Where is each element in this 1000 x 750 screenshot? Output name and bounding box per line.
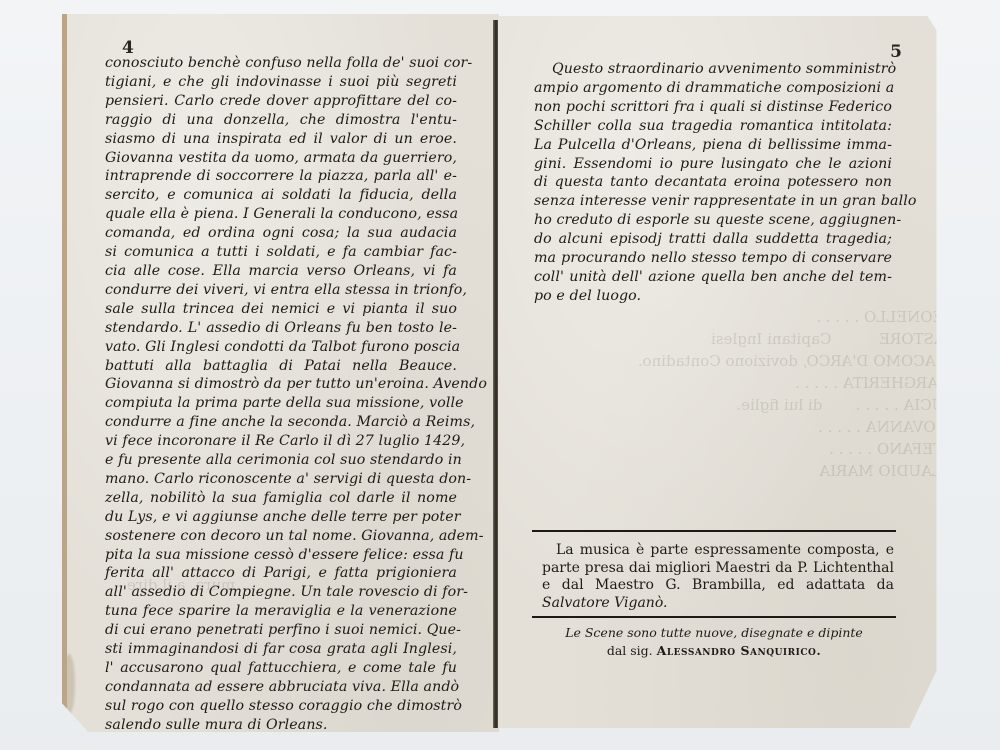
text-line: condannata ad essere abbruciata viva. El… — [105, 678, 457, 697]
text-line: siasmo di una inspirata ed il valor di u… — [105, 130, 457, 149]
left-page-body: conosciuto benchè confuso nella folla de… — [105, 54, 457, 732]
text-line: ma procurando nello stesso tempo di cons… — [534, 249, 892, 268]
page-number-right: 5 — [890, 42, 902, 62]
text-line: sercito, e comunica ai soldati la fiduci… — [105, 186, 457, 205]
text-line: di questa tanto decantata eroina potesse… — [534, 173, 892, 192]
booklet-photo: mura, a il dire 4 conosciuto benchè conf… — [0, 0, 1000, 750]
text-line: condurre dei viveri, vi entra ella stess… — [105, 281, 457, 300]
text-line: raggio di una donzella, che dimostra l'e… — [105, 111, 457, 130]
scene-credit-prefix: dal sig. — [607, 643, 653, 658]
text-line: conosciuto benchè confuso nella folla de… — [105, 54, 457, 73]
credit-line: parte presa dai migliori Maestri da P. L… — [542, 560, 894, 578]
edge-stain — [63, 654, 75, 714]
text-line: pensieri. Carlo crede dover approfittare… — [105, 92, 457, 111]
show-through-text: LEONELLO . . . . . PASTORE Capitani Ingl… — [638, 306, 950, 482]
text-line: stendardo. L' assedio di Orleans fu ben … — [105, 319, 457, 338]
text-line: La Pulcella d'Orleans, piena di bellissi… — [534, 136, 892, 155]
right-page-body: Questo straordinario avvenimento sommini… — [534, 60, 892, 306]
text-line: ampio argomento di drammatiche composizi… — [534, 79, 892, 98]
text-line: si comunica a tutti i soldati, e fa camb… — [105, 243, 457, 262]
text-line: vato. Gli Inglesi condotti da Talbot fur… — [105, 338, 457, 357]
text-line: du Lys, e vi aggiunse anche delle terre … — [105, 508, 457, 527]
left-page: mura, a il dire 4 conosciuto benchè conf… — [62, 14, 499, 732]
divider-rule-bottom — [532, 616, 896, 618]
divider-rule-top — [532, 530, 896, 532]
right-page: LEONELLO . . . . . PASTORE Capitani Ingl… — [498, 16, 950, 728]
text-line: vi fece incoronare il Re Carlo il dì 27 … — [105, 432, 457, 451]
text-line: e fu presente alla cerimonia col suo ste… — [105, 451, 457, 470]
text-line: Schiller colla sua tragedia romantica in… — [534, 117, 892, 136]
text-line: quale ella è piena. I Generali la conduc… — [105, 205, 457, 224]
text-line: l' accusarono qual fattucchiera, e come … — [105, 659, 457, 678]
text-line: cia alle cose. Ella marcia verso Orleans… — [105, 262, 457, 281]
text-line: intraprende di soccorrere la piazza, par… — [105, 167, 457, 186]
text-line: ho creduto di esporle su queste scene, a… — [534, 211, 892, 230]
text-line: sale sulla trincea dei nemici e vi piant… — [105, 300, 457, 319]
text-line: Giovanna si dimostrò da per tutto un'ero… — [105, 375, 457, 394]
text-line: Questo straordinario avvenimento sommini… — [534, 60, 892, 79]
text-line: all' assedio di Compiegne. Un tale roves… — [105, 583, 457, 602]
text-line: tigiani, e che gli indovinasse i suoi pi… — [105, 73, 457, 92]
credit-line: Salvatore Viganò. — [542, 595, 894, 613]
text-line: battuti alla battaglia di Patai nella Be… — [105, 357, 457, 376]
text-line: pita la sua missione cessò d'essere feli… — [105, 546, 457, 565]
text-line: condurre a fine anche la seconda. Marciò… — [105, 413, 457, 432]
text-line: zella, nobilitò la sua famiglia col darl… — [105, 489, 457, 508]
text-line: sti immaginandosi di far cosa grata agli… — [105, 640, 457, 659]
music-credit: La musica è parte espressamente composta… — [542, 542, 894, 612]
text-line: non pochi scrittori fra i quali si disti… — [534, 98, 892, 117]
scene-credit: Le Scene sono tutte nuove, disegnate e d… — [532, 624, 896, 660]
text-line: do alcuni episodj tratti dalla suddetta … — [534, 230, 892, 249]
text-line: compiuta la prima parte della sua missio… — [105, 394, 457, 413]
text-line: Giovanna vestita da uomo, armata da guer… — [105, 149, 457, 168]
text-line: sul rogo con quello stesso coraggio che … — [105, 697, 457, 716]
text-line: ferita all' attacco di Parigi, e fatta p… — [105, 564, 457, 583]
credit-line: e dal Maestro G. Brambilla, ed adattata … — [542, 577, 894, 595]
scene-credit-line: Le Scene sono tutte nuove, disegnate e d… — [532, 624, 896, 642]
text-line: di cui erano penetrati perfino i suoi ne… — [105, 621, 457, 640]
text-line: comanda, ed ordina ogni cosa; la sua aud… — [105, 224, 457, 243]
text-line: coll' unità dell' azione quella ben anch… — [534, 268, 892, 287]
scene-designer-name: Alessandro Sanquirico. — [657, 643, 822, 658]
text-line: mano. Carlo riconoscente a' servigi di q… — [105, 470, 457, 489]
credit-line: La musica è parte espressamente composta… — [542, 542, 894, 560]
text-line: senza interesse venir rappresentate in u… — [534, 192, 892, 211]
text-line: sostenere con decoro un tal nome. Giovan… — [105, 527, 457, 546]
text-line: po e del luogo. — [534, 287, 892, 306]
text-line: gini. Essendomi io pure lusingato che le… — [534, 155, 892, 174]
text-line: salendo sulle mura di Orleans. — [105, 716, 457, 732]
text-line: tuna fece sparire la meraviglia e la ven… — [105, 602, 457, 621]
